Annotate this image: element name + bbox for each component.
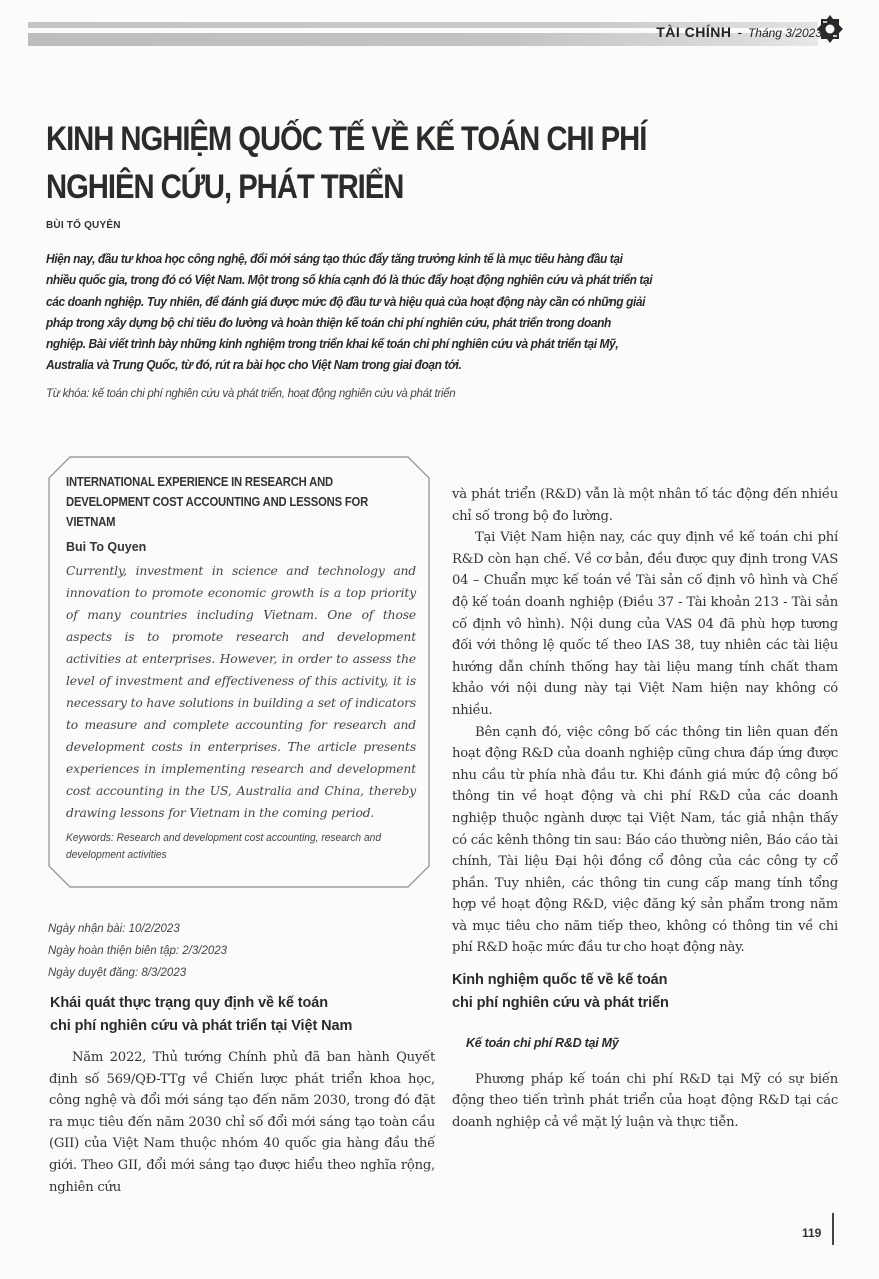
section-1-heading-line-1: Khái quát thực trạng quy định về kế toán <box>50 995 328 1011</box>
english-abstract: Currently, investment in science and tec… <box>66 560 416 824</box>
running-header: TÀI CHÍNH - Tháng 3/2023 <box>656 24 822 40</box>
section-1-paragraph-3: Bên cạnh đó, việc công bố các thông tin … <box>452 722 838 960</box>
article-title: KINH NGHIỆM QUỐC TẾ VỀ KẾ TOÁN CHI PHÍ N… <box>46 115 665 211</box>
keywords-vietnamese: Từ khóa: kế toán chi phí nghiên cứu và p… <box>46 388 455 400</box>
issue-date: Tháng 3/2023 <box>748 26 822 40</box>
magazine-name: TÀI CHÍNH <box>656 24 731 40</box>
section-1-paragraph-2: Tại Việt Nam hiện nay, các quy định về k… <box>452 527 838 721</box>
english-title: INTERNATIONAL EXPERIENCE IN RESEARCH AND… <box>66 472 417 532</box>
right-column-body: và phát triển (R&D) vẫn là một nhân tố t… <box>452 484 838 1133</box>
page-number: 119 <box>802 1226 821 1240</box>
date-revised: Ngày hoàn thiện biên tập: 2/3/2023 <box>48 940 227 962</box>
abstract-vietnamese: Hiện nay, đầu tư khoa học công nghệ, đổi… <box>46 248 653 376</box>
header-separator: - <box>737 24 742 40</box>
english-keywords: Keywords: Research and development cost … <box>66 830 416 864</box>
english-abstract-box: INTERNATIONAL EXPERIENCE IN RESEARCH AND… <box>48 456 430 888</box>
section-1-heading-line-2: chi phí nghiên cứu và phát triển tại Việ… <box>50 1018 352 1034</box>
subsection-paragraph-1: Phương pháp kế toán chi phí R&D tại Mỹ c… <box>452 1069 838 1134</box>
left-column-body: Năm 2022, Thủ tướng Chính phủ đã ban hàn… <box>49 1047 435 1198</box>
date-received: Ngày nhận bài: 10/2/2023 <box>48 918 227 940</box>
author-name: BÙI TỐ QUYÊN <box>46 220 121 231</box>
section-1-paragraph-1-continued: và phát triển (R&D) vẫn là một nhân tố t… <box>452 484 838 527</box>
gear-logo-icon <box>817 15 843 43</box>
section-2-heading-line-2: chi phí nghiên cứu và phát triển <box>452 995 669 1011</box>
title-line-1: KINH NGHIỆM QUỐC TẾ VỀ KẾ TOÁN CHI PHÍ <box>46 120 646 158</box>
date-accepted: Ngày duyệt đăng: 8/3/2023 <box>48 962 227 984</box>
subsection-heading: Kế toán chi phí R&D tại Mỹ <box>466 1033 838 1055</box>
english-author: Bui To Quyen <box>66 540 416 554</box>
section-2-heading: Kinh nghiệm quốc tế về kế toán chi phí n… <box>452 969 838 1015</box>
section-1-paragraph-1: Năm 2022, Thủ tướng Chính phủ đã ban hàn… <box>49 1047 435 1198</box>
page-number-rule <box>832 1213 834 1245</box>
section-2-heading-line-1: Kinh nghiệm quốc tế về kế toán <box>452 972 667 988</box>
article-dates: Ngày nhận bài: 10/2/2023 Ngày hoàn thiện… <box>48 918 227 984</box>
title-line-2: NGHIÊN CỨU, PHÁT TRIỂN <box>46 168 403 206</box>
section-1-heading: Khái quát thực trạng quy định về kế toán… <box>50 992 440 1038</box>
